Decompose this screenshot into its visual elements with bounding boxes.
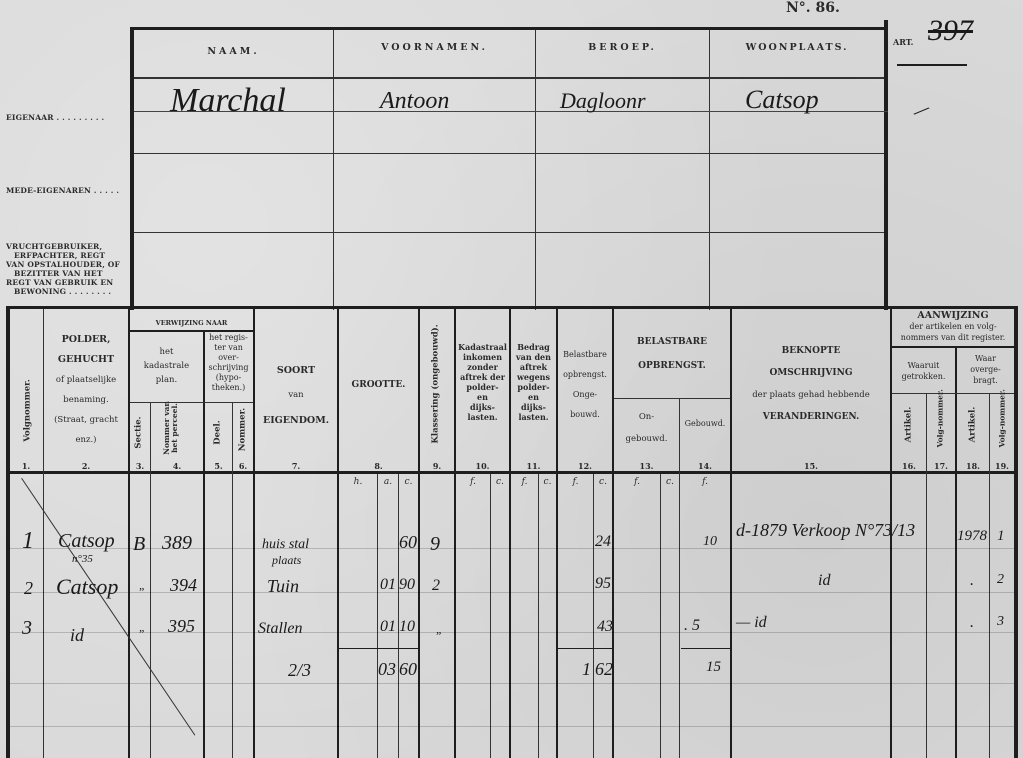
article-label: ART.	[893, 37, 913, 47]
header-deel: Deel.	[214, 408, 223, 458]
header-artikel-18: Artikel.	[969, 400, 978, 450]
diagonal-strike	[21, 478, 195, 736]
header-voornamen: VOORNAMEN.	[334, 42, 535, 54]
article-mark: /	[910, 99, 931, 123]
header-register: het regis- ter van over- schrijving (hyp…	[204, 333, 253, 393]
header-perceel: Nommer van het perceel.	[163, 393, 179, 463]
header-naam: NAAM.	[134, 46, 333, 58]
header-volgnommer-17: Volg-nommer.	[936, 398, 945, 448]
article-underline	[897, 64, 967, 66]
page-number: N°. 86.	[786, 0, 840, 16]
header-aanwijzing: AANWIJZING der artikelen en volg- nommer…	[892, 310, 1014, 343]
owner-naam: Marchal	[170, 82, 286, 120]
header-belastbare-opbrengst: BELASTBARE OPBRENGST.	[614, 330, 730, 378]
header-waar-overgebragt: Waar overge- bragt.	[957, 353, 1014, 386]
owner-beroep: Dagloonr	[560, 88, 646, 114]
label-eigenaar: EIGENAAR . . . . . . . . .	[6, 113, 104, 122]
header-waaruit: Waaruit getrokken.	[892, 360, 955, 382]
header-volgnommer-19: Volg-nommer.	[998, 398, 1007, 448]
header-ongebouwd: On- gebouwd.	[614, 406, 679, 450]
header-sectie: Sectie.	[135, 408, 144, 458]
label-mede-eigenaren: MEDE-EIGENAREN . . . . .	[6, 186, 119, 195]
header-klassering: Klassering (ongebouwd).	[432, 336, 441, 444]
header-volgnommer: Volgnommer.	[24, 371, 33, 451]
header-gebouwd: Gebouwd.	[680, 418, 730, 429]
header-beroep: BEROEP.	[536, 42, 709, 54]
article-number: 397	[928, 14, 973, 48]
header-woonplaats: WOONPLAATS.	[710, 42, 884, 54]
owner-woonplaats: Catsop	[745, 85, 819, 115]
label-vruchtgebruiker: VRUCHTGEBRUIKER, ERFPACHTER, REGT VAN OP…	[6, 242, 128, 296]
header-soort: SOORT van EIGENDOM.	[255, 358, 337, 433]
header-register-nommer: Nommer.	[239, 405, 248, 455]
header-artikel-16: Artikel.	[905, 400, 914, 450]
header-kadastraal-inkomen: Kadastraal inkomen zonder aftrek der pol…	[456, 342, 509, 422]
header-belastbare-ongebouwd: Belastbare opbrengst. Onge- bouwd.	[558, 345, 612, 425]
owner-voornamen: Antoon	[380, 88, 449, 115]
header-grootte: GROOTTE.	[339, 380, 418, 391]
header-verwijzing: VERWIJZING NAAR	[130, 318, 253, 329]
header-omschrijving: BEKNOPTE OMSCHRIJVING der plaats gehad h…	[732, 340, 890, 428]
header-kadastrale-plan: het kadastrale plan.	[130, 345, 203, 387]
header-polder: POLDER, GEHUCHT of plaatselijke benaming…	[44, 330, 128, 450]
header-bedrag-aftrek: Bedrag van den aftrek wegens polder- en …	[511, 342, 556, 422]
